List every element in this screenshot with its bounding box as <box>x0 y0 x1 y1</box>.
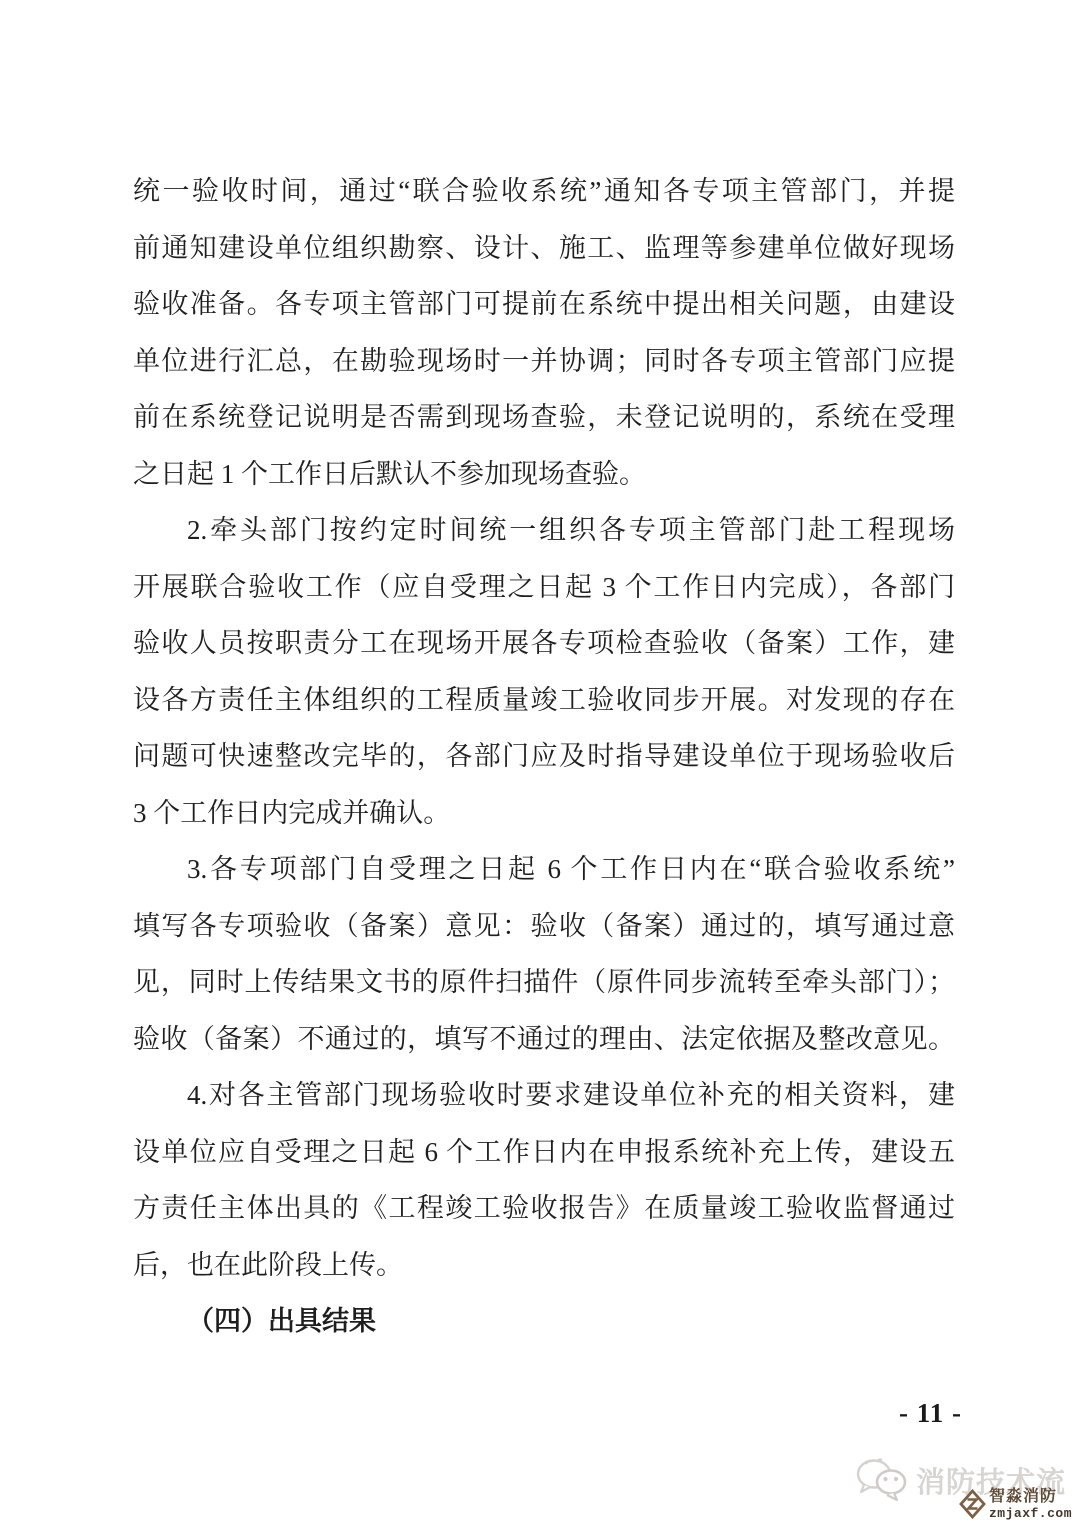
text-line: 填写各专项验收（备案）意见：验收（备案）通过的，填写通过意 <box>133 898 955 955</box>
brand-name: 智淼消防 <box>989 1489 1072 1505</box>
brand-url: zmjaxf.com <box>989 1507 1072 1520</box>
text-line: （四）出具结果 <box>133 1293 955 1350</box>
text-line: 见，同时上传结果文书的原件扫描件（原件同步流转至牵头部门）； <box>133 954 955 1011</box>
text-line: 验收准备。各专项主管部门可提前在系统中提出相关问题，由建设 <box>133 276 955 333</box>
text-line: 3.各专项部门自受理之日起 6 个工作日内在“联合验收系统” <box>133 841 955 898</box>
text-line: 前在系统登记说明是否需到现场查验，未登记说明的，系统在受理 <box>133 389 955 446</box>
text-line: 4.对各主管部门现场验收时要求建设单位补充的相关资料，建 <box>133 1067 955 1124</box>
text-line: 验收人员按职责分工在现场开展各专项检查验收（备案）工作，建 <box>133 615 955 672</box>
text-line: 方责任主体出具的《工程竣工验收报告》在质量竣工验收监督通过 <box>133 1180 955 1237</box>
text-line: 之日起 1 个工作日后默认不参加现场查验。 <box>133 446 955 503</box>
text-line: 2.牵头部门按约定时间统一组织各专项主管部门赴工程现场 <box>133 502 955 559</box>
page-number: - 11 - <box>899 1398 962 1429</box>
body-text: 统一验收时间，通过“联合验收系统”通知各专项主管部门，并提前通知建设单位组织勘察… <box>133 163 955 1350</box>
wechat-icon <box>854 1452 910 1509</box>
text-line: 开展联合验收工作（应自受理之日起 3 个工作日内完成），各部门 <box>133 559 955 616</box>
text-line: 问题可快速整改完毕的，各部门应及时指导建设单位于现场验收后 <box>133 728 955 785</box>
text-line: 后，也在此阶段上传。 <box>133 1237 955 1294</box>
text-line: 设单位应自受理之日起 6 个工作日内在申报系统补充上传，建设五 <box>133 1124 955 1181</box>
text-line: 3 个工作日内完成并确认。 <box>133 785 955 842</box>
text-line: 前通知建设单位组织勘察、设计、施工、监理等参建单位做好现场 <box>133 220 955 277</box>
brand-watermark: 智淼消防 zmjaxf.com <box>959 1489 1072 1524</box>
document-page: 统一验收时间，通过“联合验收系统”通知各专项主管部门，并提前通知建设单位组织勘察… <box>0 0 1080 1527</box>
text-line: 设各方责任主体组织的工程质量竣工验收同步开展。对发现的存在 <box>133 672 955 729</box>
text-line: 统一验收时间，通过“联合验收系统”通知各专项主管部门，并提 <box>133 163 955 220</box>
zm-diamond-logo-icon <box>959 1489 986 1524</box>
text-line: 单位进行汇总，在勘验现场时一并协调；同时各专项主管部门应提 <box>133 333 955 390</box>
text-line: 验收（备案）不通过的，填写不通过的理由、法定依据及整改意见。 <box>133 1011 955 1068</box>
